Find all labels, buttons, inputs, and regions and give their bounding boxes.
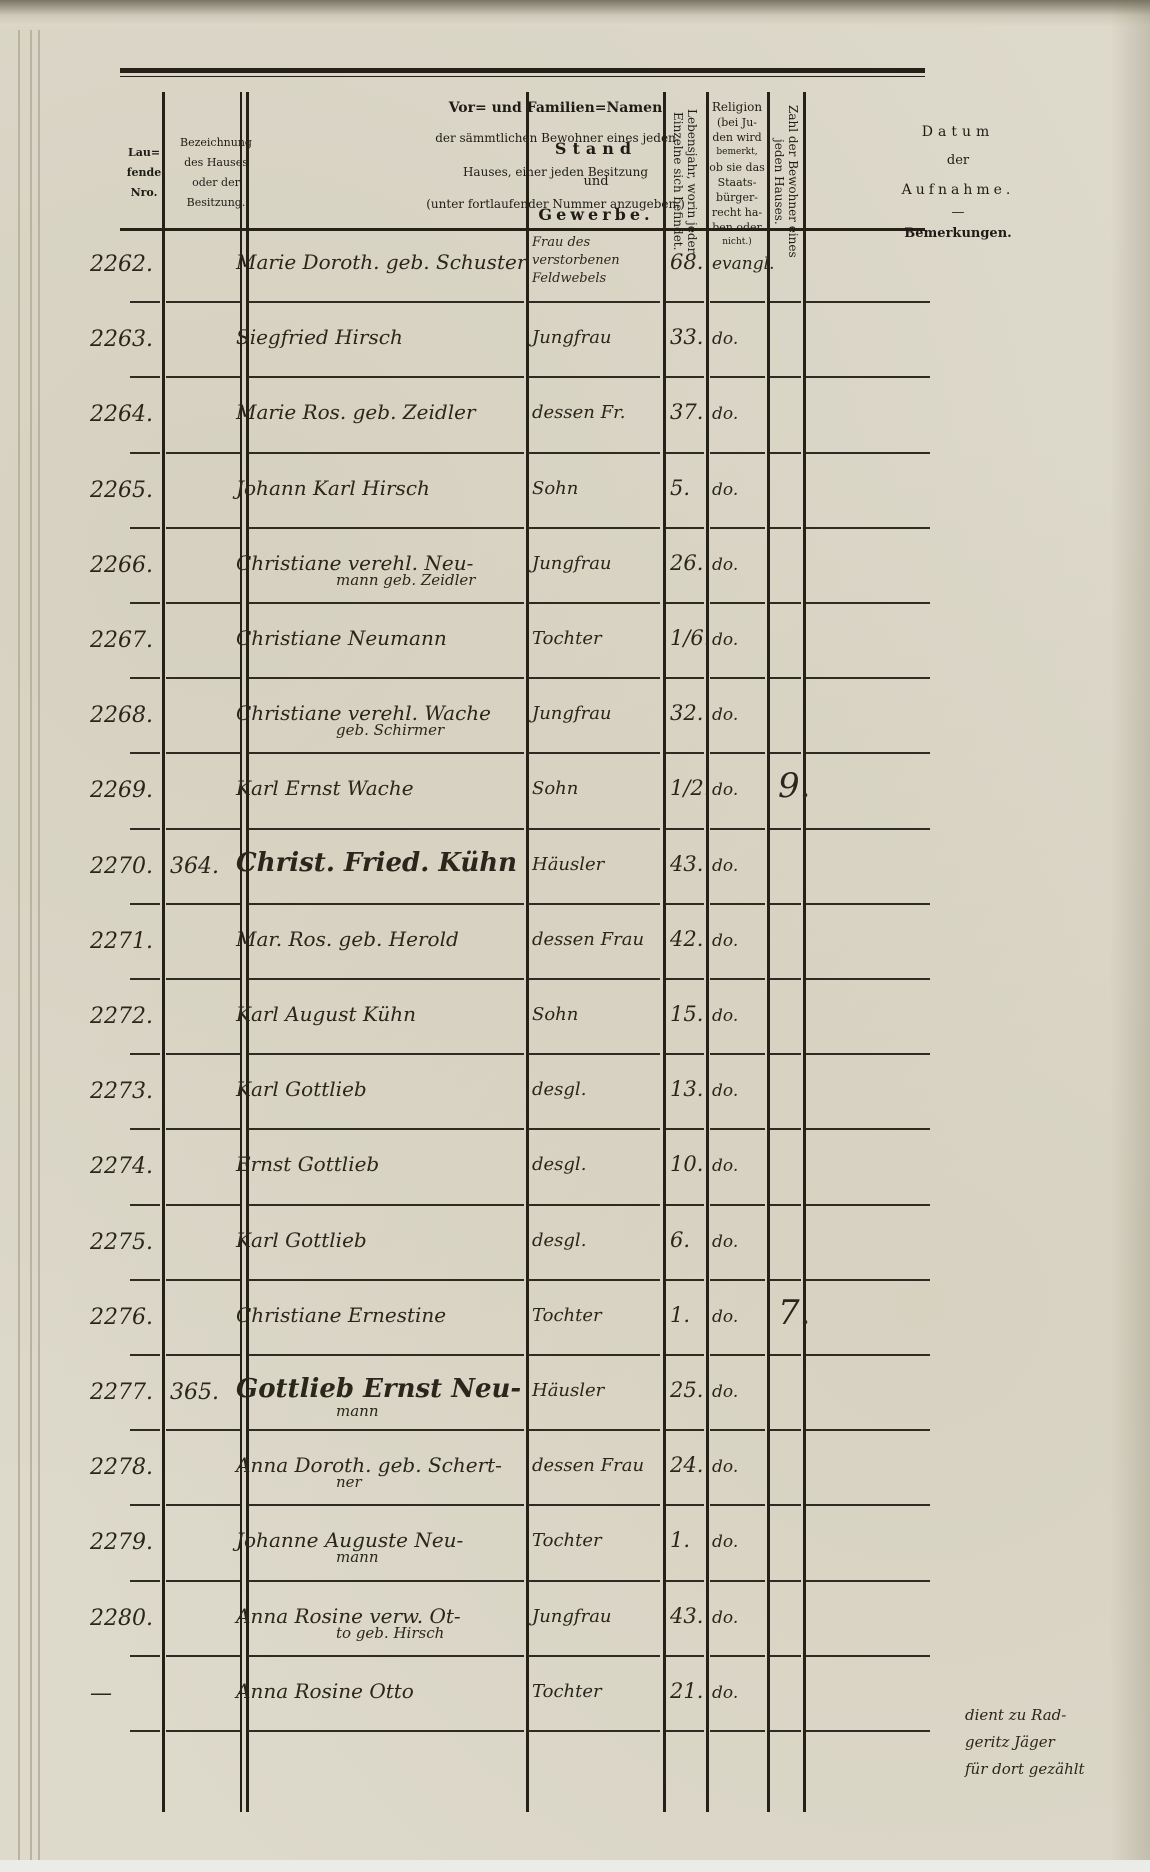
entry-number: 2274.	[90, 1154, 153, 1179]
religion: do.	[712, 931, 738, 951]
row-divider	[528, 752, 660, 754]
row-divider	[166, 1730, 240, 1732]
row-divider	[528, 1204, 660, 1206]
row-divider	[130, 1504, 160, 1506]
row-divider	[666, 1504, 704, 1506]
row-divider	[130, 452, 160, 454]
header-text: des Hauses	[184, 153, 248, 173]
header-text: Zahl der Bewohner eines jeden Hauses.	[772, 94, 800, 269]
age: 68.	[670, 250, 703, 274]
row-divider	[710, 452, 765, 454]
row-divider	[710, 1580, 765, 1582]
header-age: Lebensjahr, worin jeder Einzelne sich be…	[665, 94, 705, 269]
row-divider	[130, 828, 160, 830]
header-text: (bei Ju-	[717, 115, 757, 130]
resident-name: Anna Rosine Otto	[236, 1679, 414, 1703]
age: 6.	[670, 1228, 690, 1252]
row-divider	[528, 1730, 660, 1732]
row-divider	[806, 527, 930, 529]
row-divider	[710, 1655, 765, 1657]
row-divider	[666, 301, 704, 303]
column-divider	[706, 92, 709, 1812]
entry-number: 2279.	[90, 1530, 153, 1555]
row-divider	[130, 903, 160, 905]
resident-name: Christ. Fried. Kühn	[236, 848, 517, 878]
entry-number: 2271.	[90, 929, 153, 954]
occupation: dessen Frau	[532, 1455, 644, 1476]
row-divider	[770, 602, 801, 604]
row-divider	[166, 1053, 240, 1055]
house-number: 364.	[170, 854, 219, 879]
row-divider	[130, 1655, 160, 1657]
row-divider	[248, 376, 524, 378]
row-divider	[806, 602, 930, 604]
occupation: Tochter	[532, 1305, 602, 1326]
page-leaf-edge	[38, 30, 40, 1860]
resident-name-continued: to geb. Hirsch	[336, 1624, 444, 1642]
religion: do.	[712, 1156, 738, 1176]
row-divider	[806, 1580, 930, 1582]
age: 43.	[670, 852, 703, 876]
religion: do.	[712, 1307, 738, 1327]
entry-number: 2273.	[90, 1079, 153, 1104]
row-divider	[806, 1655, 930, 1657]
header-text: Datum	[922, 117, 995, 147]
row-divider	[248, 903, 524, 905]
age: 43.	[670, 1604, 703, 1628]
age: 13.	[670, 1077, 703, 1101]
row-divider	[248, 1429, 524, 1431]
row-divider	[130, 1279, 160, 1281]
header-text: ben oder	[712, 220, 762, 235]
age: 33.	[670, 325, 703, 349]
occupation: dessen Fr.	[532, 402, 625, 423]
row-divider	[710, 1053, 765, 1055]
header-text: Bemerkungen.	[904, 221, 1011, 247]
age: 32.	[670, 701, 703, 725]
row-divider	[710, 1504, 765, 1506]
remark-line: für dort gezählt	[965, 1756, 1135, 1783]
row-divider	[166, 1279, 240, 1281]
resident-name: Siegfried Hirsch	[236, 325, 403, 349]
row-divider	[710, 1128, 765, 1130]
row-divider	[528, 376, 660, 378]
row-divider	[806, 1279, 930, 1281]
row-divider	[248, 752, 524, 754]
row-divider	[248, 1354, 524, 1356]
row-divider	[666, 1053, 704, 1055]
row-divider	[770, 1655, 801, 1657]
resident-name-continued: ner	[336, 1473, 362, 1491]
entry-number: 2272.	[90, 1004, 153, 1029]
entry-number: 2266.	[90, 553, 153, 578]
header-household-count: Zahl der Bewohner eines jeden Hauses.	[768, 94, 804, 269]
row-divider	[166, 376, 240, 378]
column-divider	[767, 92, 770, 1812]
entry-number: 2268.	[90, 703, 153, 728]
row-divider	[166, 752, 240, 754]
column-divider	[663, 92, 666, 1812]
religion: do.	[712, 1683, 738, 1703]
header-text: oder der	[192, 173, 240, 193]
row-divider	[528, 1354, 660, 1356]
row-divider	[528, 828, 660, 830]
resident-name: Marie Doroth. geb. Schuster	[236, 250, 526, 274]
column-divider	[526, 92, 529, 1812]
row-divider	[166, 1429, 240, 1431]
row-divider	[166, 301, 240, 303]
row-divider	[130, 301, 160, 303]
resident-name: Gottlieb Ernst Neu-	[236, 1374, 521, 1404]
row-divider	[806, 1504, 930, 1506]
header-text: bürger-	[716, 190, 758, 205]
header-text: Lau=	[128, 143, 160, 163]
resident-name: Christiane Ernestine	[236, 1303, 446, 1327]
row-divider	[666, 602, 704, 604]
row-divider	[130, 1053, 160, 1055]
entry-number: 2275.	[90, 1230, 153, 1255]
row-divider	[248, 1128, 524, 1130]
header-text: —	[952, 205, 965, 221]
header-religion: Religion (bei Ju- den wird bemerkt, ob s…	[708, 90, 766, 260]
occupation: Jungfrau	[532, 327, 612, 348]
resident-name-continued: mann geb. Zeidler	[336, 571, 475, 589]
resident-name: Christiane Neumann	[236, 626, 447, 650]
row-divider	[770, 1128, 801, 1130]
occupation: Jungfrau	[532, 553, 612, 574]
row-divider	[770, 828, 801, 830]
row-divider	[666, 1128, 704, 1130]
row-divider	[528, 602, 660, 604]
row-divider	[130, 376, 160, 378]
header-text: ob sie das	[709, 160, 765, 175]
row-divider	[130, 1204, 160, 1206]
row-divider	[770, 1504, 801, 1506]
row-divider	[166, 602, 240, 604]
row-divider	[166, 978, 240, 980]
entry-number: 2280.	[90, 1606, 153, 1631]
occupation: desgl.	[532, 1154, 586, 1175]
row-divider	[666, 1429, 704, 1431]
row-divider	[666, 978, 704, 980]
row-divider	[806, 752, 930, 754]
row-divider	[166, 1580, 240, 1582]
religion: do.	[712, 630, 738, 650]
row-divider	[528, 452, 660, 454]
row-divider	[248, 1580, 524, 1582]
header-text: Staats-	[718, 175, 757, 190]
row-divider	[806, 1429, 930, 1431]
age: 15.	[670, 1002, 703, 1026]
header-text: der	[947, 147, 969, 175]
occupation: Jungfrau	[532, 1606, 612, 1627]
row-divider	[248, 301, 524, 303]
row-divider	[806, 1730, 930, 1732]
row-divider	[528, 1053, 660, 1055]
religion: do.	[712, 780, 738, 800]
header-text: Gewerbe.	[538, 197, 653, 233]
row-divider	[710, 1730, 765, 1732]
row-divider	[130, 1354, 160, 1356]
row-divider	[710, 1204, 765, 1206]
header-text: und	[583, 167, 608, 197]
page-leaf-edge	[30, 30, 32, 1860]
header-text: den wird	[712, 130, 761, 145]
resident-name: Karl Ernst Wache	[236, 776, 414, 800]
row-divider	[130, 1128, 160, 1130]
occupation: Tochter	[532, 628, 602, 649]
house-number: 365.	[170, 1380, 219, 1405]
row-divider	[710, 1429, 765, 1431]
occupation: Sohn	[532, 1004, 578, 1025]
row-divider	[770, 1730, 801, 1732]
religion: do.	[712, 1081, 738, 1101]
age: 42.	[670, 927, 703, 951]
resident-name: Anna Doroth. geb. Schert-	[236, 1453, 502, 1477]
row-divider	[770, 1429, 801, 1431]
occupation: Jungfrau	[532, 703, 612, 724]
age: 26.	[670, 551, 703, 575]
row-divider	[770, 527, 801, 529]
row-divider	[710, 301, 765, 303]
religion: do.	[712, 1457, 738, 1477]
religion: evangl.	[712, 254, 774, 274]
column-divider	[803, 92, 806, 1812]
entry-number: 2277.	[90, 1380, 153, 1405]
age: 24.	[670, 1453, 703, 1477]
register-page: Lau= fende Nro. Bezeichnung des Hauses o…	[0, 0, 1150, 1860]
row-divider	[666, 527, 704, 529]
row-divider	[806, 903, 930, 905]
religion: do.	[712, 1382, 738, 1402]
row-divider	[770, 677, 801, 679]
row-divider	[710, 1354, 765, 1356]
row-divider	[528, 301, 660, 303]
row-divider	[666, 903, 704, 905]
row-divider	[806, 1053, 930, 1055]
row-divider	[528, 1655, 660, 1657]
resident-name-continued: geb. Schirmer	[336, 721, 444, 739]
occupation: desgl.	[532, 1230, 586, 1251]
entry-number: 2278.	[90, 1455, 153, 1480]
religion: do.	[712, 856, 738, 876]
header-text: Besitzung.	[187, 193, 246, 213]
occupation: desgl.	[532, 1079, 586, 1100]
row-divider	[770, 752, 801, 754]
row-divider	[528, 978, 660, 980]
header-top-rule-thin	[120, 76, 925, 77]
row-divider	[710, 903, 765, 905]
row-divider	[130, 527, 160, 529]
row-divider	[248, 978, 524, 980]
header-laufende-nr: Lau= fende Nro.	[120, 98, 168, 248]
row-divider	[806, 828, 930, 830]
row-divider	[166, 828, 240, 830]
row-divider	[130, 1730, 160, 1732]
header-text: bemerkt,	[716, 145, 757, 160]
religion: do.	[712, 329, 738, 349]
religion: do.	[712, 480, 738, 500]
age: 1/6.	[670, 626, 710, 650]
occupation: Tochter	[532, 1681, 602, 1702]
row-divider	[770, 1053, 801, 1055]
entry-number: —	[90, 1681, 112, 1706]
row-divider	[248, 1504, 524, 1506]
row-divider	[770, 301, 801, 303]
entry-number: 2270.	[90, 854, 153, 879]
row-divider	[770, 1354, 801, 1356]
occupation: Häusler	[532, 1380, 604, 1401]
row-divider	[528, 1279, 660, 1281]
occupation: Sohn	[532, 478, 578, 499]
row-divider	[806, 376, 930, 378]
resident-name: Johann Karl Hirsch	[236, 476, 430, 500]
row-divider	[666, 1730, 704, 1732]
row-divider	[248, 1279, 524, 1281]
row-divider	[248, 1053, 524, 1055]
header-text: Lebensjahr, worin jeder Einzelne sich be…	[671, 94, 699, 269]
remark-note: dient zu Rad- geritz Jäger für dort gezä…	[965, 1702, 1135, 1783]
remark-line: dient zu Rad-	[965, 1702, 1135, 1729]
row-divider	[248, 828, 524, 830]
row-divider	[130, 1580, 160, 1582]
row-divider	[710, 978, 765, 980]
column-divider	[246, 92, 249, 1812]
header-text: Stand	[555, 131, 637, 167]
age: 37.	[670, 400, 703, 424]
religion: do.	[712, 404, 738, 424]
entry-number: 2276.	[90, 1305, 153, 1330]
remark-line: geritz Jäger	[965, 1729, 1135, 1756]
religion: do.	[712, 705, 738, 725]
resident-name: Karl August Kühn	[236, 1002, 416, 1026]
row-divider	[166, 452, 240, 454]
occupation: Häusler	[532, 854, 604, 875]
row-divider	[806, 1128, 930, 1130]
row-divider	[770, 452, 801, 454]
entry-number: 2262.	[90, 252, 153, 277]
row-divider	[806, 1354, 930, 1356]
row-divider	[666, 1580, 704, 1582]
religion: do.	[712, 1608, 738, 1628]
row-divider	[248, 527, 524, 529]
row-divider	[710, 828, 765, 830]
row-divider	[770, 1204, 801, 1206]
row-divider	[806, 677, 930, 679]
row-divider	[710, 602, 765, 604]
header-text: Aufnahme.	[902, 175, 1015, 205]
book-top-edge	[0, 0, 1150, 26]
row-divider	[528, 1429, 660, 1431]
row-divider	[130, 1429, 160, 1431]
header-text: fende	[127, 163, 161, 183]
religion: do.	[712, 1232, 738, 1252]
entry-number: 2265.	[90, 478, 153, 503]
row-divider	[710, 677, 765, 679]
header-text: Nro.	[131, 183, 158, 203]
row-divider	[666, 1279, 704, 1281]
occupation: Sohn	[532, 778, 578, 799]
row-divider	[806, 452, 930, 454]
row-divider	[248, 1204, 524, 1206]
occupation: dessen Frau	[532, 929, 644, 950]
row-divider	[770, 903, 801, 905]
resident-name: Mar. Ros. geb. Herold	[236, 927, 459, 951]
age: 10.	[670, 1152, 703, 1176]
header-top-rule	[120, 68, 925, 73]
row-divider	[528, 903, 660, 905]
row-divider	[166, 1504, 240, 1506]
resident-name: Marie Ros. geb. Zeidler	[236, 400, 476, 424]
age: 1.	[670, 1303, 690, 1327]
row-divider	[666, 1655, 704, 1657]
row-divider	[666, 1204, 704, 1206]
column-divider	[240, 92, 242, 1812]
entry-number: 2264.	[90, 402, 153, 427]
row-divider	[248, 677, 524, 679]
row-divider	[248, 452, 524, 454]
religion: do.	[712, 555, 738, 575]
row-divider	[666, 752, 704, 754]
row-divider	[666, 452, 704, 454]
row-divider	[248, 1655, 524, 1657]
row-divider	[666, 1354, 704, 1356]
age: 5.	[670, 476, 690, 500]
header-text: recht ha-	[712, 205, 762, 220]
occupation: Tochter	[532, 1530, 602, 1551]
age: 1/2.	[670, 776, 710, 800]
row-divider	[770, 1279, 801, 1281]
entry-number: 2263.	[90, 327, 153, 352]
row-divider	[770, 376, 801, 378]
row-divider	[528, 677, 660, 679]
entry-number: 2267.	[90, 628, 153, 653]
row-divider	[806, 301, 930, 303]
age: 25.	[670, 1378, 703, 1402]
row-divider	[806, 978, 930, 980]
row-divider	[666, 677, 704, 679]
page-leaf-edge	[18, 30, 20, 1860]
row-divider	[166, 677, 240, 679]
resident-name-continued: mann	[336, 1548, 379, 1566]
row-divider	[528, 1504, 660, 1506]
column-divider	[162, 92, 165, 1812]
row-divider	[130, 602, 160, 604]
row-divider	[528, 1128, 660, 1130]
age: 1.	[670, 1528, 690, 1552]
religion: do.	[712, 1532, 738, 1552]
resident-name: Karl Gottlieb	[236, 1077, 367, 1101]
header-text: Religion	[712, 100, 762, 115]
religion: do.	[712, 1006, 738, 1026]
row-divider	[806, 1204, 930, 1206]
row-divider	[130, 978, 160, 980]
row-divider	[166, 1204, 240, 1206]
row-divider	[770, 978, 801, 980]
header-text: nicht.)	[722, 235, 752, 250]
row-divider	[248, 1730, 524, 1732]
row-divider	[710, 527, 765, 529]
row-divider	[248, 602, 524, 604]
row-divider	[710, 752, 765, 754]
row-divider	[130, 677, 160, 679]
entry-number: 2269.	[90, 778, 153, 803]
row-divider	[666, 828, 704, 830]
occupation: Frau des verstorbenen Feldwebels	[532, 234, 660, 288]
resident-name: Ernst Gottlieb	[236, 1152, 379, 1176]
household-count: 7.	[778, 1293, 810, 1333]
row-divider	[130, 752, 160, 754]
